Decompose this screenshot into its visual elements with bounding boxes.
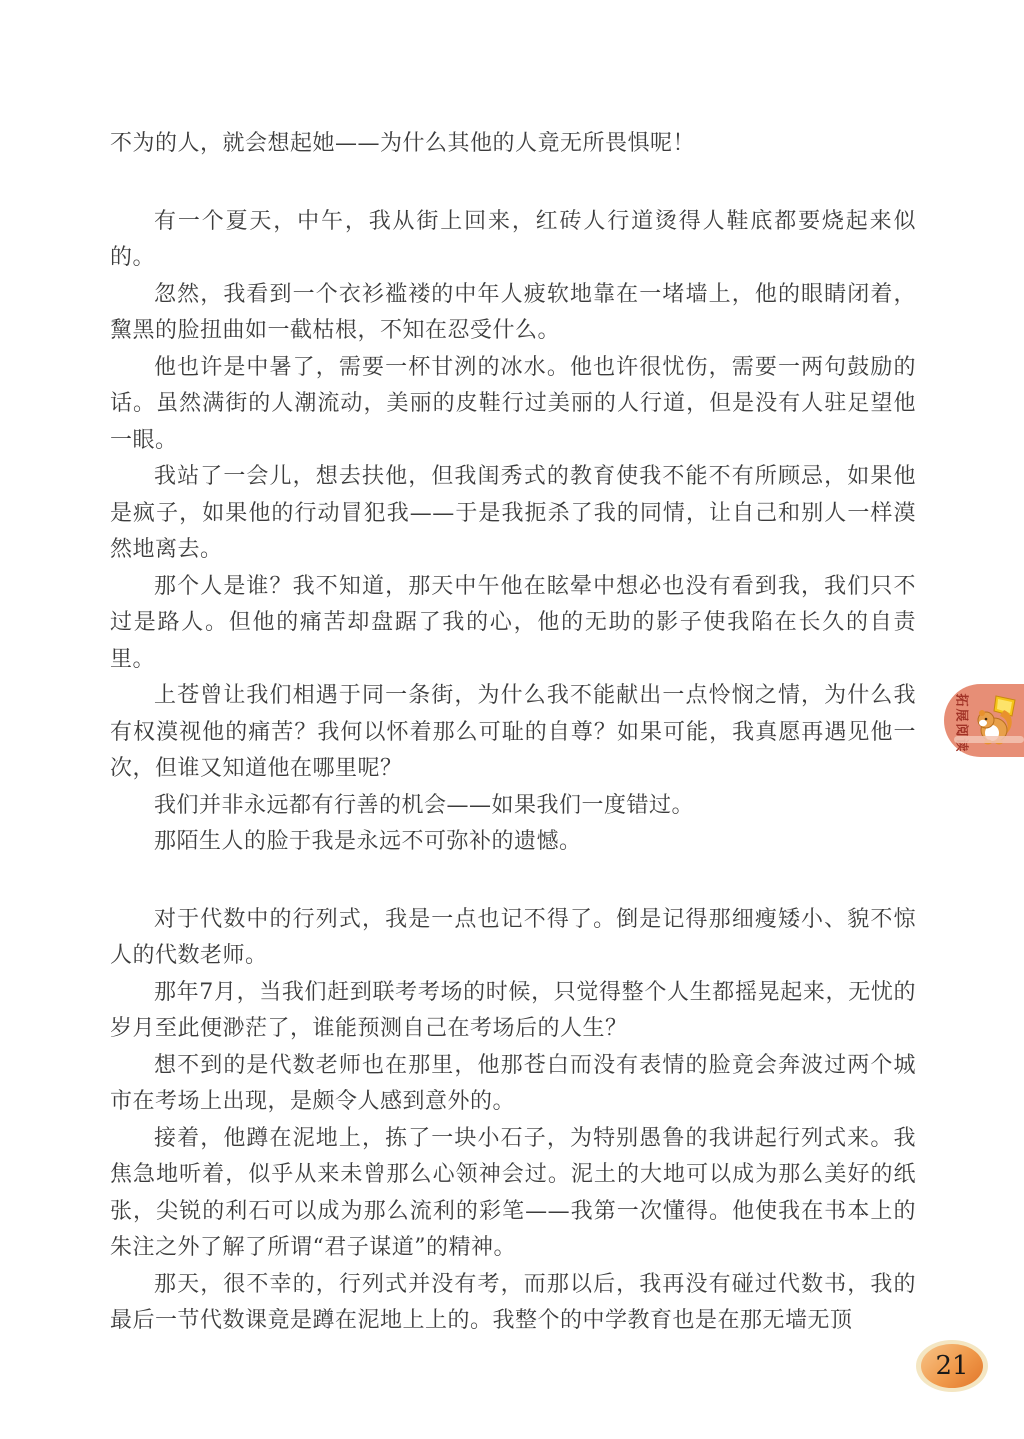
paragraph: 他也许是中暑了，需要一杯甘洌的冰水。他也许很忧伤，需要一两句鼓励的话。虽然满街的… — [110, 350, 916, 460]
paragraph: 对于代数中的行列式，我是一点也记不得了。倒是记得那细瘦矮小、貌不惊人的代数老师。 — [110, 902, 916, 975]
paragraph: 有一个夏天，中午，我从街上回来，红砖人行道烫得人鞋底都要烧起来似的。 — [110, 204, 916, 277]
page-edge-tab: 拓展阅读 — [944, 684, 1024, 757]
paragraph: 那陌生人的脸于我是永远不可弥补的遗憾。 — [110, 824, 916, 861]
page-number-badge: 21 — [916, 1340, 988, 1392]
paragraph: 想不到的是代数老师也在那里，他那苍白而没有表情的脸竟会奔波过两个城市在考场上出现… — [110, 1048, 916, 1121]
paragraph: 那天，很不幸的，行列式并没有考，而那以后，我再没有碰过代数书，我的最后一节代数课… — [110, 1267, 916, 1340]
paragraph: 我们并非永远都有行善的机会——如果我们一度错过。 — [110, 788, 916, 825]
paragraph: 接着，他蹲在泥地上，拣了一块小石子，为特别愚鲁的我讲起行列式来。我焦急地听着，似… — [110, 1121, 916, 1267]
paragraph: 上苍曾让我们相遇于同一条街，为什么我不能献出一点怜悯之情，为什么我有权漠视他的痛… — [110, 678, 916, 788]
textbook-page: 不为的人，就会想起她——为什么其他的人竟无所畏惧呢！有一个夏天，中午，我从街上回… — [0, 0, 1024, 1439]
paragraph: 我站了一会儿，想去扶他，但我闺秀式的教育使我不能不有所顾忌，如果他是疯子，如果他… — [110, 459, 916, 569]
page-number: 21 — [935, 1351, 968, 1381]
paragraph: 那个人是谁？我不知道，那天中午他在眩晕中想必也没有看到我，我们只不过是路人。但他… — [110, 569, 916, 679]
paragraph: 不为的人，就会想起她——为什么其他的人竟无所畏惧呢！ — [110, 126, 916, 163]
paragraph: 忽然，我看到一个衣衫褴褛的中年人疲软地靠在一堵墙上，他的眼睛闭着，黧黑的脸扭曲如… — [110, 277, 916, 350]
paragraph: 那年7月，当我们赶到联考考场的时候，只觉得整个人生都摇晃起来，无忧的岁月至此便渺… — [110, 975, 916, 1048]
page-number-inner-oval: 21 — [921, 1344, 983, 1388]
tab-stripe — [954, 736, 1024, 743]
article-text: 不为的人，就会想起她——为什么其他的人竟无所畏惧呢！有一个夏天，中午，我从街上回… — [110, 126, 916, 1340]
